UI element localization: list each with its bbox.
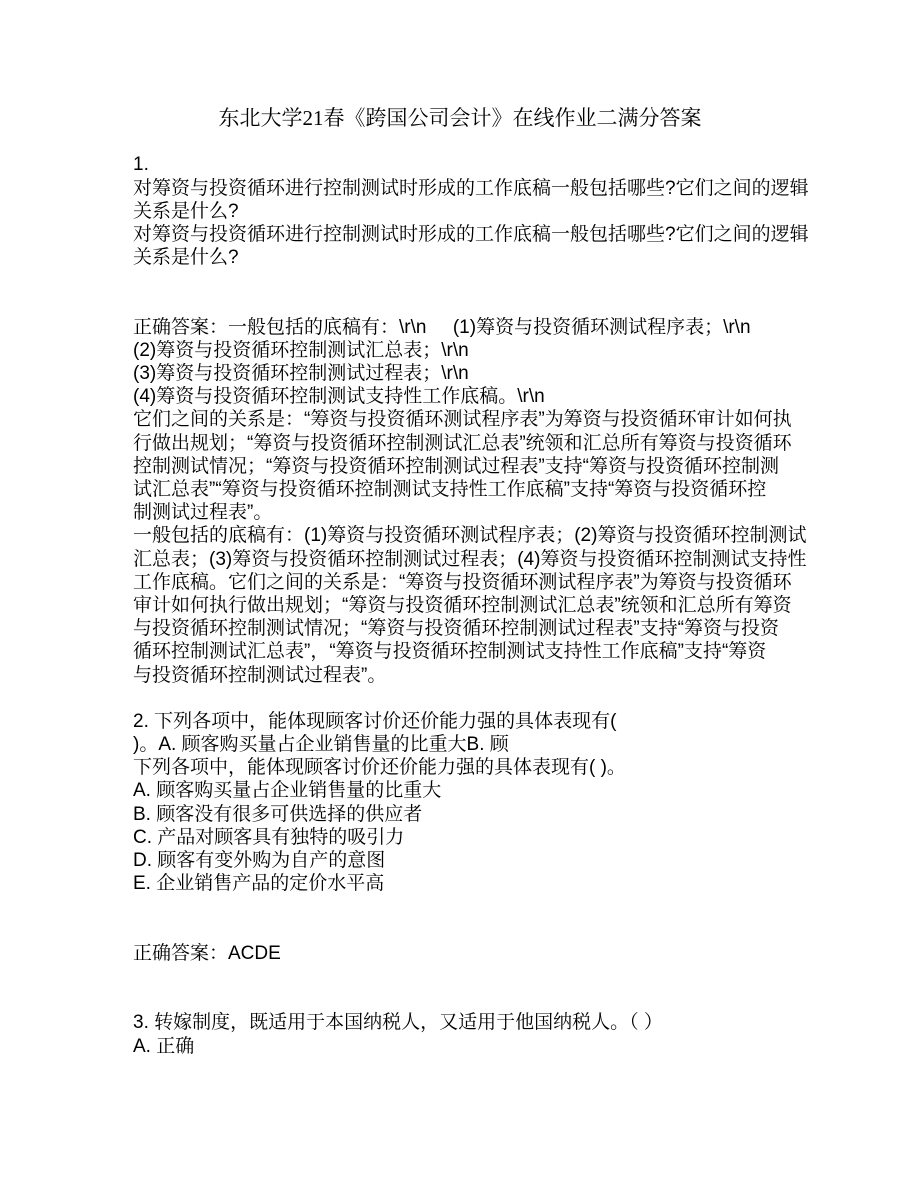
- text-line: )。A. 顾客购买量占企业销售量的比重大B. 顾: [133, 733, 802, 756]
- document-page: 东北大学21春《跨国公司会计》在线作业二满分答案 1.对筹资与投资循环进行控制测…: [0, 0, 920, 1191]
- text-line: [133, 687, 802, 710]
- text-line: 工作底稿。它们之间的关系是：“筹资与投资循环测试程序表”为筹资与投资循环: [133, 571, 802, 594]
- text-line: 循环控制测试汇总表”，“筹资与投资循环控制测试支持性工作底稿”支持“筹资: [133, 640, 802, 663]
- text-line: 对筹资与投资循环进行控制测试时形成的工作底稿一般包括哪些?它们之间的逻辑: [133, 177, 802, 200]
- text-line: 控制测试情况；“筹资与投资循环控制测试过程表”支持“筹资与投资循环控制测: [133, 455, 802, 478]
- text-line: (4)筹资与投资循环控制测试支持性工作底稿。\r\n: [133, 385, 802, 408]
- text-line: C. 产品对顾客具有独特的吸引力: [133, 826, 802, 849]
- document-body: 1.对筹资与投资循环进行控制测试时形成的工作底稿一般包括哪些?它们之间的逻辑关系…: [0, 130, 920, 1058]
- text-line: [133, 965, 802, 988]
- text-line: 关系是什么?: [133, 200, 802, 223]
- text-line: 1.: [133, 153, 802, 176]
- text-line: [133, 895, 802, 918]
- text-line: 正确答案：一般包括的底稿有：\r\n (1)筹资与投资循环测试程序表；\r\n: [133, 316, 802, 339]
- text-line: 正确答案：ACDE: [133, 942, 802, 965]
- text-line: [133, 293, 802, 316]
- text-line: 汇总表；(3)筹资与投资循环控制测试过程表；(4)筹资与投资循环控制测试支持性: [133, 548, 802, 571]
- text-line: (2)筹资与投资循环控制测试汇总表；\r\n: [133, 339, 802, 362]
- text-line: 一般包括的底稿有：(1)筹资与投资循环测试程序表；(2)筹资与投资循环控制测试: [133, 524, 802, 547]
- text-line: E. 企业销售产品的定价水平高: [133, 872, 802, 895]
- text-line: B. 顾客没有很多可供选择的供应者: [133, 803, 802, 826]
- text-line: 它们之间的关系是：“筹资与投资循环测试程序表”为筹资与投资循环审计如何执: [133, 408, 802, 431]
- text-line: 试汇总表”“筹资与投资循环控制测试支持性工作底稿”支持“筹资与投资循环控: [133, 478, 802, 501]
- text-line: A. 正确: [133, 1035, 802, 1058]
- text-line: 关系是什么?: [133, 246, 802, 269]
- text-line: [133, 919, 802, 942]
- text-line: 与投资循环控制测试情况；“筹资与投资循环控制测试过程表”支持“筹资与投资: [133, 617, 802, 640]
- document-title: 东北大学21春《跨国公司会计》在线作业二满分答案: [0, 107, 920, 130]
- text-line: 行做出规划；“筹资与投资循环控制测试汇总表”统领和汇总所有筹资与投资循环: [133, 432, 802, 455]
- text-line: 制测试过程表”。: [133, 501, 802, 524]
- text-line: D. 顾客有变外购为自产的意图: [133, 849, 802, 872]
- text-line: 2. 下列各项中，能体现顾客讨价还价能力强的具体表现有(: [133, 710, 802, 733]
- text-line: 审计如何执行做出规划；“筹资与投资循环控制测试汇总表”统领和汇总所有筹资: [133, 594, 802, 617]
- text-line: 与投资循环控制测试过程表”。: [133, 664, 802, 687]
- text-line: 下列各项中，能体现顾客讨价还价能力强的具体表现有( )。: [133, 756, 802, 779]
- text-line: [133, 269, 802, 292]
- text-line: (3)筹资与投资循环控制测试过程表；\r\n: [133, 362, 802, 385]
- text-line: [133, 988, 802, 1011]
- text-line: 对筹资与投资循环进行控制测试时形成的工作底稿一般包括哪些?它们之间的逻辑: [133, 223, 802, 246]
- text-line: A. 顾客购买量占企业销售量的比重大: [133, 779, 802, 802]
- text-line: 3. 转嫁制度，既适用于本国纳税人，又适用于他国纳税人。（ ）: [133, 1011, 802, 1034]
- text-line: [133, 130, 802, 153]
